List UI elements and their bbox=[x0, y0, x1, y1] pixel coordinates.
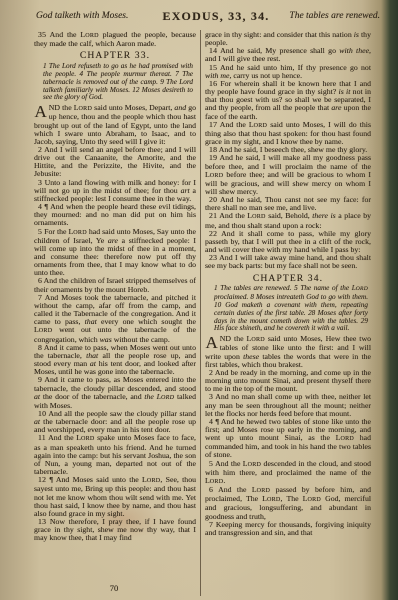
verse-number: 8 bbox=[38, 343, 42, 352]
verse-8: 8 And it came to pass, when Moses went o… bbox=[34, 344, 196, 377]
page-number: 70 bbox=[34, 583, 194, 593]
verse-17: 17 And the LORD said unto Moses, I will … bbox=[205, 121, 371, 146]
verse-16: 16 For wherein shall it be known here th… bbox=[205, 80, 371, 121]
verse-number: 6 bbox=[38, 276, 42, 285]
verse-21: 21 And the LORD said, Behold, there is a… bbox=[205, 212, 371, 229]
verse-35: 35 And the LORD plagued the people, beca… bbox=[34, 31, 196, 48]
verse-number: 3 bbox=[209, 392, 213, 401]
verse-7: 7 And Moses took the tabernacle, and pit… bbox=[34, 294, 196, 344]
verse-4: 4 ¶ And he hewed two tables of stone lik… bbox=[205, 418, 371, 460]
verse-23: 23 And I will take away mine hand, and t… bbox=[205, 254, 371, 270]
verse-9: 9 And it came to pass, as Moses entered … bbox=[34, 376, 196, 410]
verse-6: 6 And the children of Israel stripped th… bbox=[34, 277, 196, 293]
column-divider-rule bbox=[200, 30, 201, 596]
verse-15: 15 And he said unto him, If thy presence… bbox=[205, 64, 371, 80]
verse-number: 20 bbox=[209, 195, 217, 204]
chapter-summary: 1 The Lord refuseth to go as he had prom… bbox=[43, 63, 193, 102]
verse-12: 12 ¶ And Moses said unto the LORD, See, … bbox=[34, 476, 196, 518]
verse-number: 2 bbox=[38, 145, 42, 154]
verse-number: 2 bbox=[209, 368, 213, 377]
verse-number: 21 bbox=[209, 211, 217, 220]
verse-number: 16 bbox=[209, 79, 217, 88]
verse-number: 14 bbox=[209, 46, 217, 55]
verse-number: 12 bbox=[38, 475, 46, 484]
verse-6: 6 And the LORD passed by before him, and… bbox=[205, 486, 371, 521]
verse-10: 10 And all the people saw the cloudy pil… bbox=[34, 410, 196, 434]
verse-3: 3 And no man shall come up with thee, ne… bbox=[205, 393, 371, 417]
left-column: 35 And the LORD plagued the people, beca… bbox=[34, 31, 196, 583]
verse-4: 4 ¶ And when the people heard these evil… bbox=[34, 203, 196, 227]
verse-number: 5 bbox=[209, 459, 213, 468]
verse-13: 13 Now therefore, I pray thee, if I have… bbox=[34, 518, 196, 542]
verse-number: 7 bbox=[38, 293, 42, 302]
verse-number: 5 bbox=[38, 227, 42, 236]
drop-cap-initial: A bbox=[34, 104, 49, 119]
verse-number: 6 bbox=[209, 485, 213, 494]
verse-14: 14 And he said, My presence shall go wit… bbox=[205, 47, 371, 63]
chapter-heading: CHAPTER 34. bbox=[205, 275, 371, 283]
verse-number: 10 bbox=[38, 409, 46, 418]
verse-1: AND the LORD said unto Moses, Depart, an… bbox=[34, 104, 196, 146]
verse-number: 4 bbox=[209, 417, 213, 426]
chapter-summary: 1 The tables are renewed. 5 The name of … bbox=[214, 285, 368, 333]
verse-number: 9 bbox=[38, 375, 42, 384]
verse-number: 13 bbox=[38, 517, 46, 526]
verse-number: 35 bbox=[38, 31, 46, 39]
verse-3: 3 Unto a land flowing with milk and hone… bbox=[34, 179, 196, 203]
verse-19: 19 And he said, I will make all my goodn… bbox=[205, 154, 371, 196]
drop-cap-initial: A bbox=[205, 335, 220, 350]
continuation-text: grace in thy sight: and consider that th… bbox=[205, 31, 371, 47]
verse-2: 2 And I will send an angel before thee; … bbox=[34, 146, 196, 179]
verse-number: 17 bbox=[209, 120, 217, 129]
verse-number: 4 bbox=[38, 202, 42, 211]
chapter-heading: CHAPTER 33. bbox=[34, 52, 196, 60]
verse-number: 11 bbox=[38, 433, 46, 442]
verse-number: 7 bbox=[209, 520, 213, 529]
running-head-right: The tables are renewed. bbox=[289, 11, 380, 21]
verse-2: 2 And be ready in the morning, and come … bbox=[205, 369, 371, 393]
verse-5: 5 For the LORD had said unto Moses, Say … bbox=[34, 228, 196, 278]
verse-11: 11 And the LORD spake unto Moses face to… bbox=[34, 434, 196, 476]
verse-number: 19 bbox=[209, 153, 217, 162]
bible-page: God talketh with Moses. EXODUS, 33, 34. … bbox=[0, 0, 398, 600]
verse-number: 3 bbox=[38, 178, 42, 187]
verse-number: 22 bbox=[209, 229, 217, 238]
verse-20: 20 And he said, Thou canst not see my fa… bbox=[205, 196, 371, 212]
verse-number: 23 bbox=[209, 253, 217, 262]
verse-5: 5 And the LORD descended in the cloud, a… bbox=[205, 460, 371, 486]
verse-22: 22 And it shall come to pass, while my g… bbox=[205, 230, 371, 254]
verse-7: 7 Keeping mercy for thousands, forgiving… bbox=[205, 521, 371, 537]
verse-1: AND the LORD said unto Moses, Hew thee t… bbox=[205, 335, 371, 369]
right-column: grace in thy sight: and consider that th… bbox=[205, 31, 371, 597]
